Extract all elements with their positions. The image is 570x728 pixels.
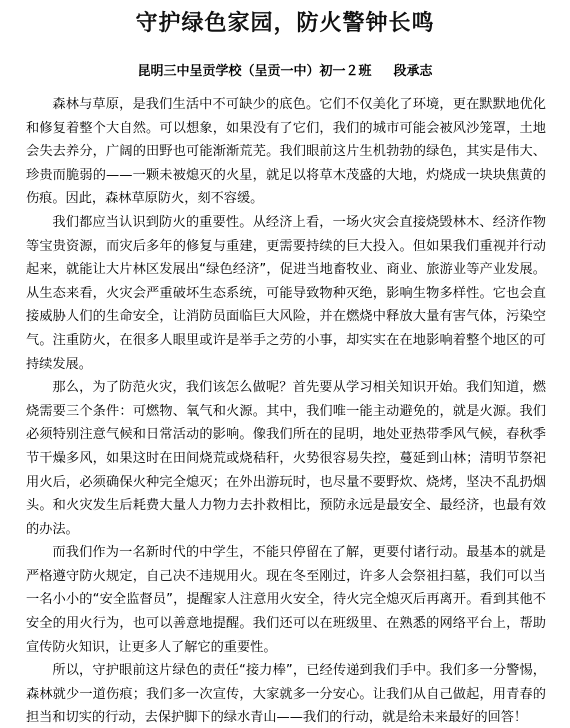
paragraph-4: 而我们作为一名新时代的中学生，不能只停留在了解，更要付诸行动。最基本的就是严格遵… bbox=[26, 541, 546, 659]
author-name: 段承志 bbox=[394, 64, 433, 79]
paragraph-5: 所以，守护眼前这片绿色的责任“接力棒”，已经传递到我们手中。我们多一分警惕，森林… bbox=[26, 659, 546, 728]
paragraph-1: 森林与草原，是我们生活中不可缺少的底色。它们不仅美化了环境，更在默默地优化和修复… bbox=[26, 93, 546, 211]
school-class: 昆明三中呈贡学校（呈贡一中）初一２班 bbox=[137, 64, 371, 79]
paragraph-2: 我们都应当认识到防火的重要性。从经济上看，一场火灾会直接烧毁林木、经济作物等宝贵… bbox=[26, 211, 546, 376]
byline: 昆明三中呈贡学校（呈贡一中）初一２班段承志 bbox=[0, 62, 570, 82]
essay-title: 守护绿色家园，防火警钟长鸣 bbox=[0, 8, 570, 38]
document-page: 守护绿色家园，防火警钟长鸣 昆明三中呈贡学校（呈贡一中）初一２班段承志 森林与草… bbox=[0, 0, 570, 728]
paragraph-3: 那么，为了防范火灾，我们该怎么做呢？首先要从学习相关知识开始。我们知道，燃烧需要… bbox=[26, 376, 546, 541]
essay-body: 森林与草原，是我们生活中不可缺少的底色。它们不仅美化了环境，更在默默地优化和修复… bbox=[26, 93, 546, 728]
